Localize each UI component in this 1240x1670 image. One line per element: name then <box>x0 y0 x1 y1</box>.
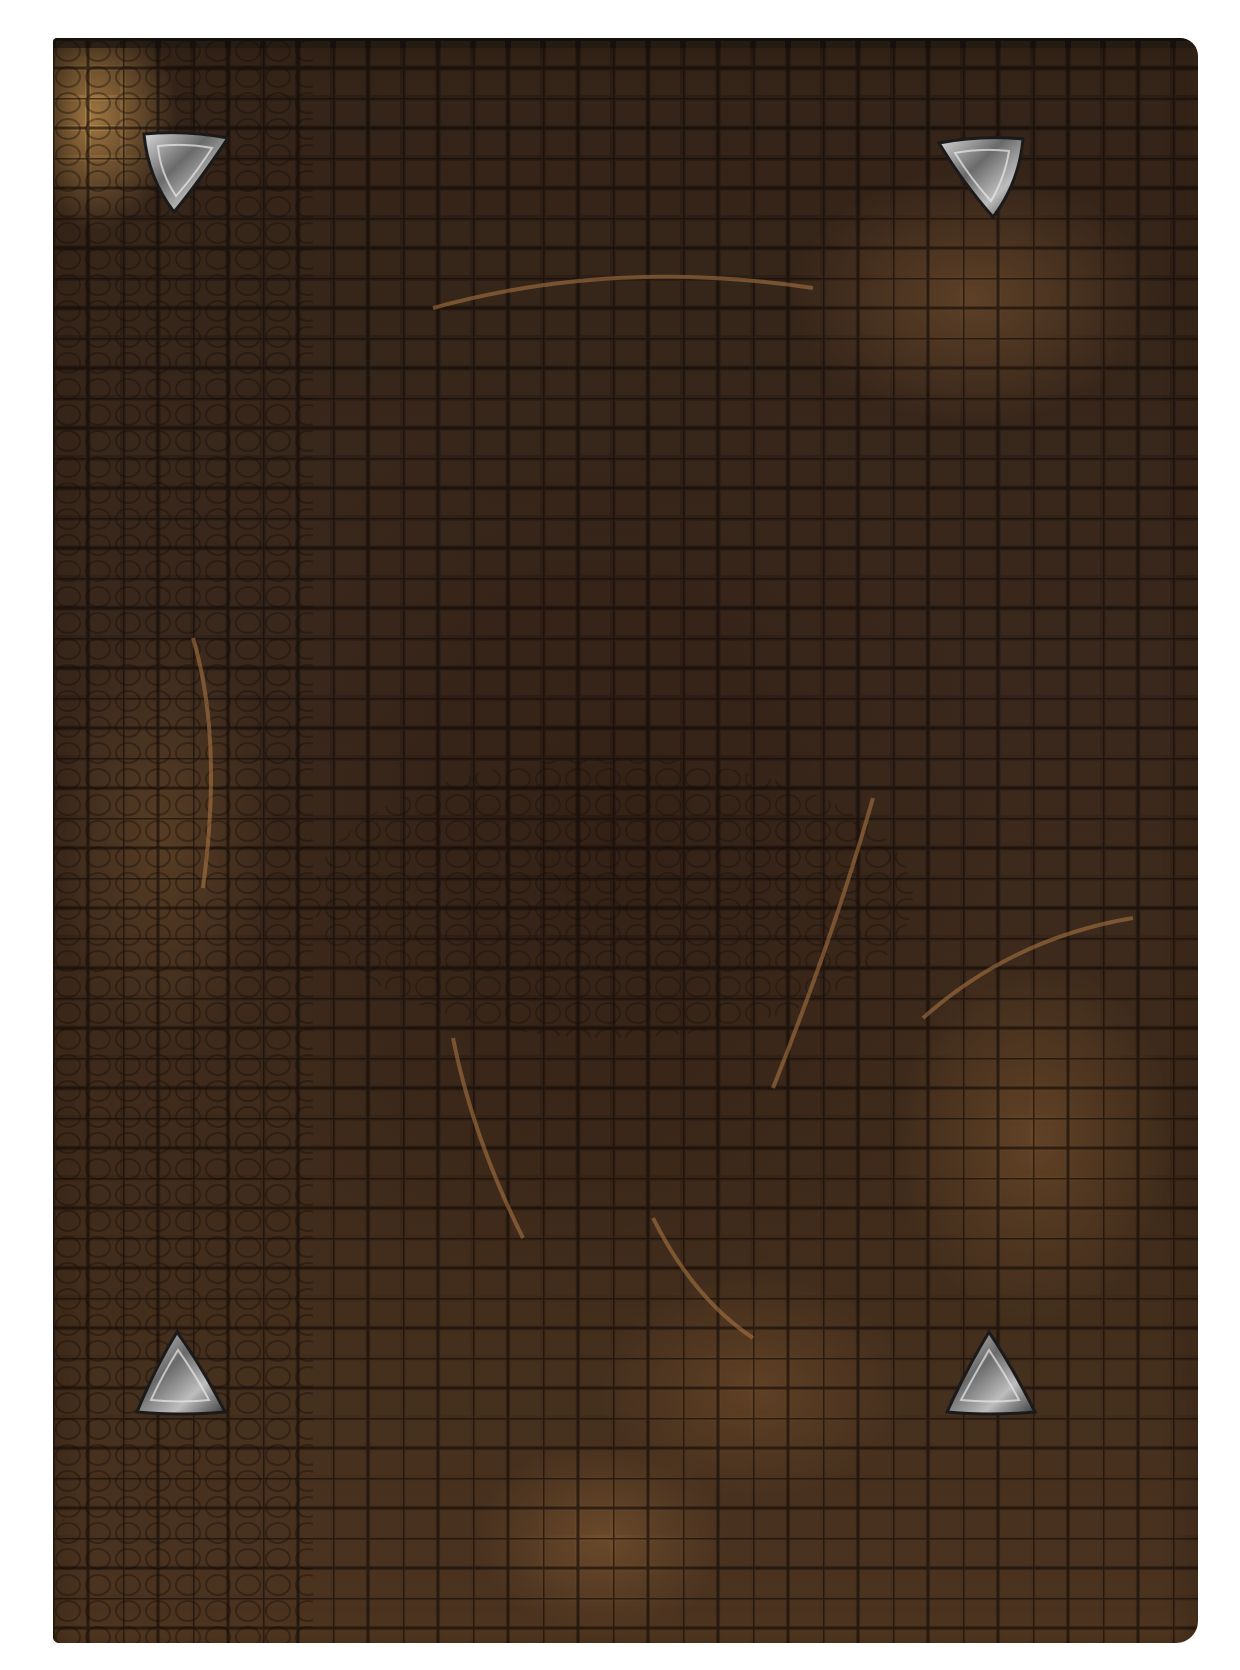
book-cover <box>53 38 1198 1643</box>
corner-piece-bottom-right-icon <box>943 1328 1039 1418</box>
corner-piece-top-left-icon <box>138 128 234 218</box>
corner-piece-top-right-icon <box>933 133 1029 223</box>
corner-piece-bottom-left-icon <box>133 1328 229 1418</box>
